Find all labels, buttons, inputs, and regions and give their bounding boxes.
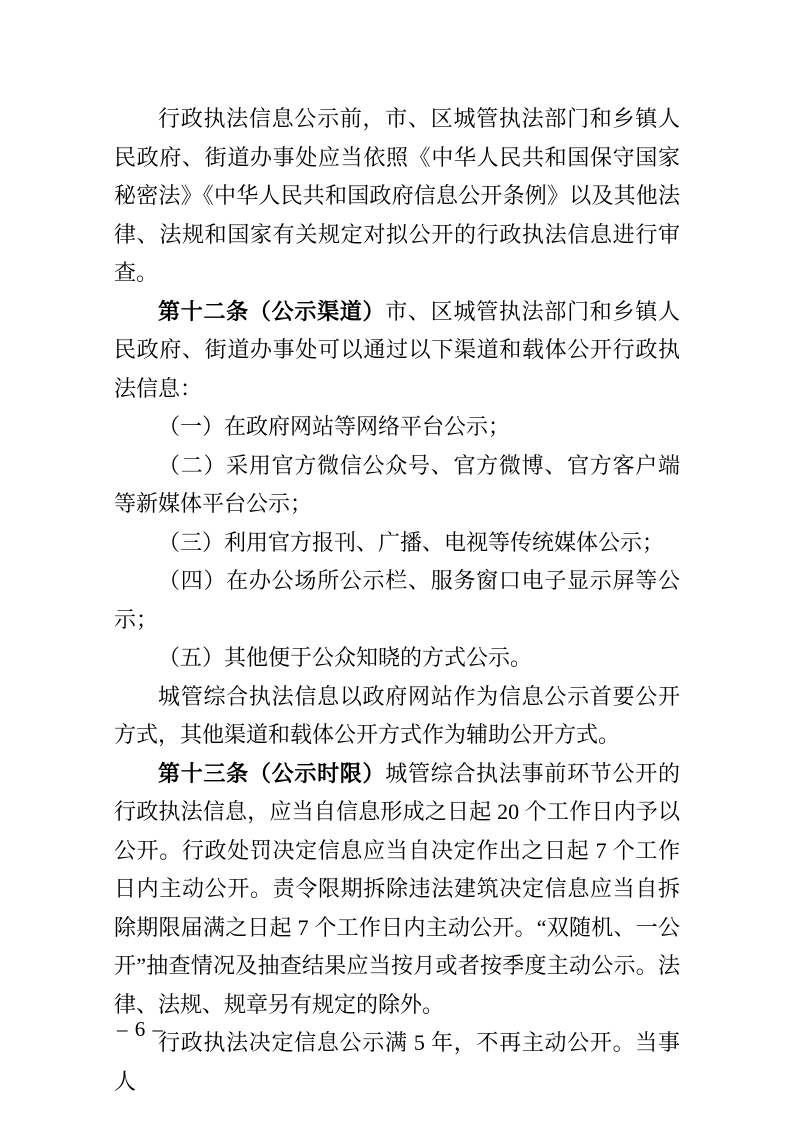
page-footer: – 6 – (117, 1016, 164, 1042)
list-item-1: （一）在政府网站等网络平台公示； (114, 408, 680, 447)
page-number: – 6 – (117, 1017, 164, 1041)
article-12-heading: 第十二条（公示渠道） (158, 299, 385, 324)
article-13-text: 城管综合执法事前环节公开的行政执法信息，应当自信息形成之日起 20 个工作日内予… (114, 761, 680, 1017)
paragraph-article-13: 第十三条（公示时限）城管综合执法事前环节公开的行政执法信息，应当自信息形成之日起… (114, 755, 680, 1025)
paragraph-primary-channel: 城管综合执法信息以政府网站作为信息公示首要公开方式，其他渠道和载体公开方式作为辅… (114, 678, 680, 755)
document-body: 行政执法信息公示前，市、区城管执法部门和乡镇人民政府、街道办事处应当依照《中华人… (114, 100, 680, 1101)
paragraph-review-requirement: 行政执法信息公示前，市、区城管执法部门和乡镇人民政府、街道办事处应当依照《中华人… (114, 100, 680, 293)
list-item-4: （四）在办公场所公示栏、服务窗口电子显示屏等公示； (114, 562, 680, 639)
document-page: 行政执法信息公示前，市、区城管执法部门和乡镇人民政府、街道办事处应当依照《中华人… (0, 0, 793, 1122)
list-item-2: （二）采用官方微信公众号、官方微博、官方客户端等新媒体平台公示； (114, 447, 680, 524)
paragraph-article-12: 第十二条（公示渠道）市、区城管执法部门和乡镇人民政府、街道办事处可以通过以下渠道… (114, 293, 680, 409)
list-item-3: （三）利用官方报刊、广播、电视等传统媒体公示； (114, 524, 680, 563)
list-item-5: （五）其他便于公众知晓的方式公示。 (114, 639, 680, 678)
article-13-heading: 第十三条（公示时限） (158, 761, 385, 786)
paragraph-five-year-rule: 行政执法决定信息公示满 5 年，不再主动公开。当事人 (114, 1024, 680, 1101)
